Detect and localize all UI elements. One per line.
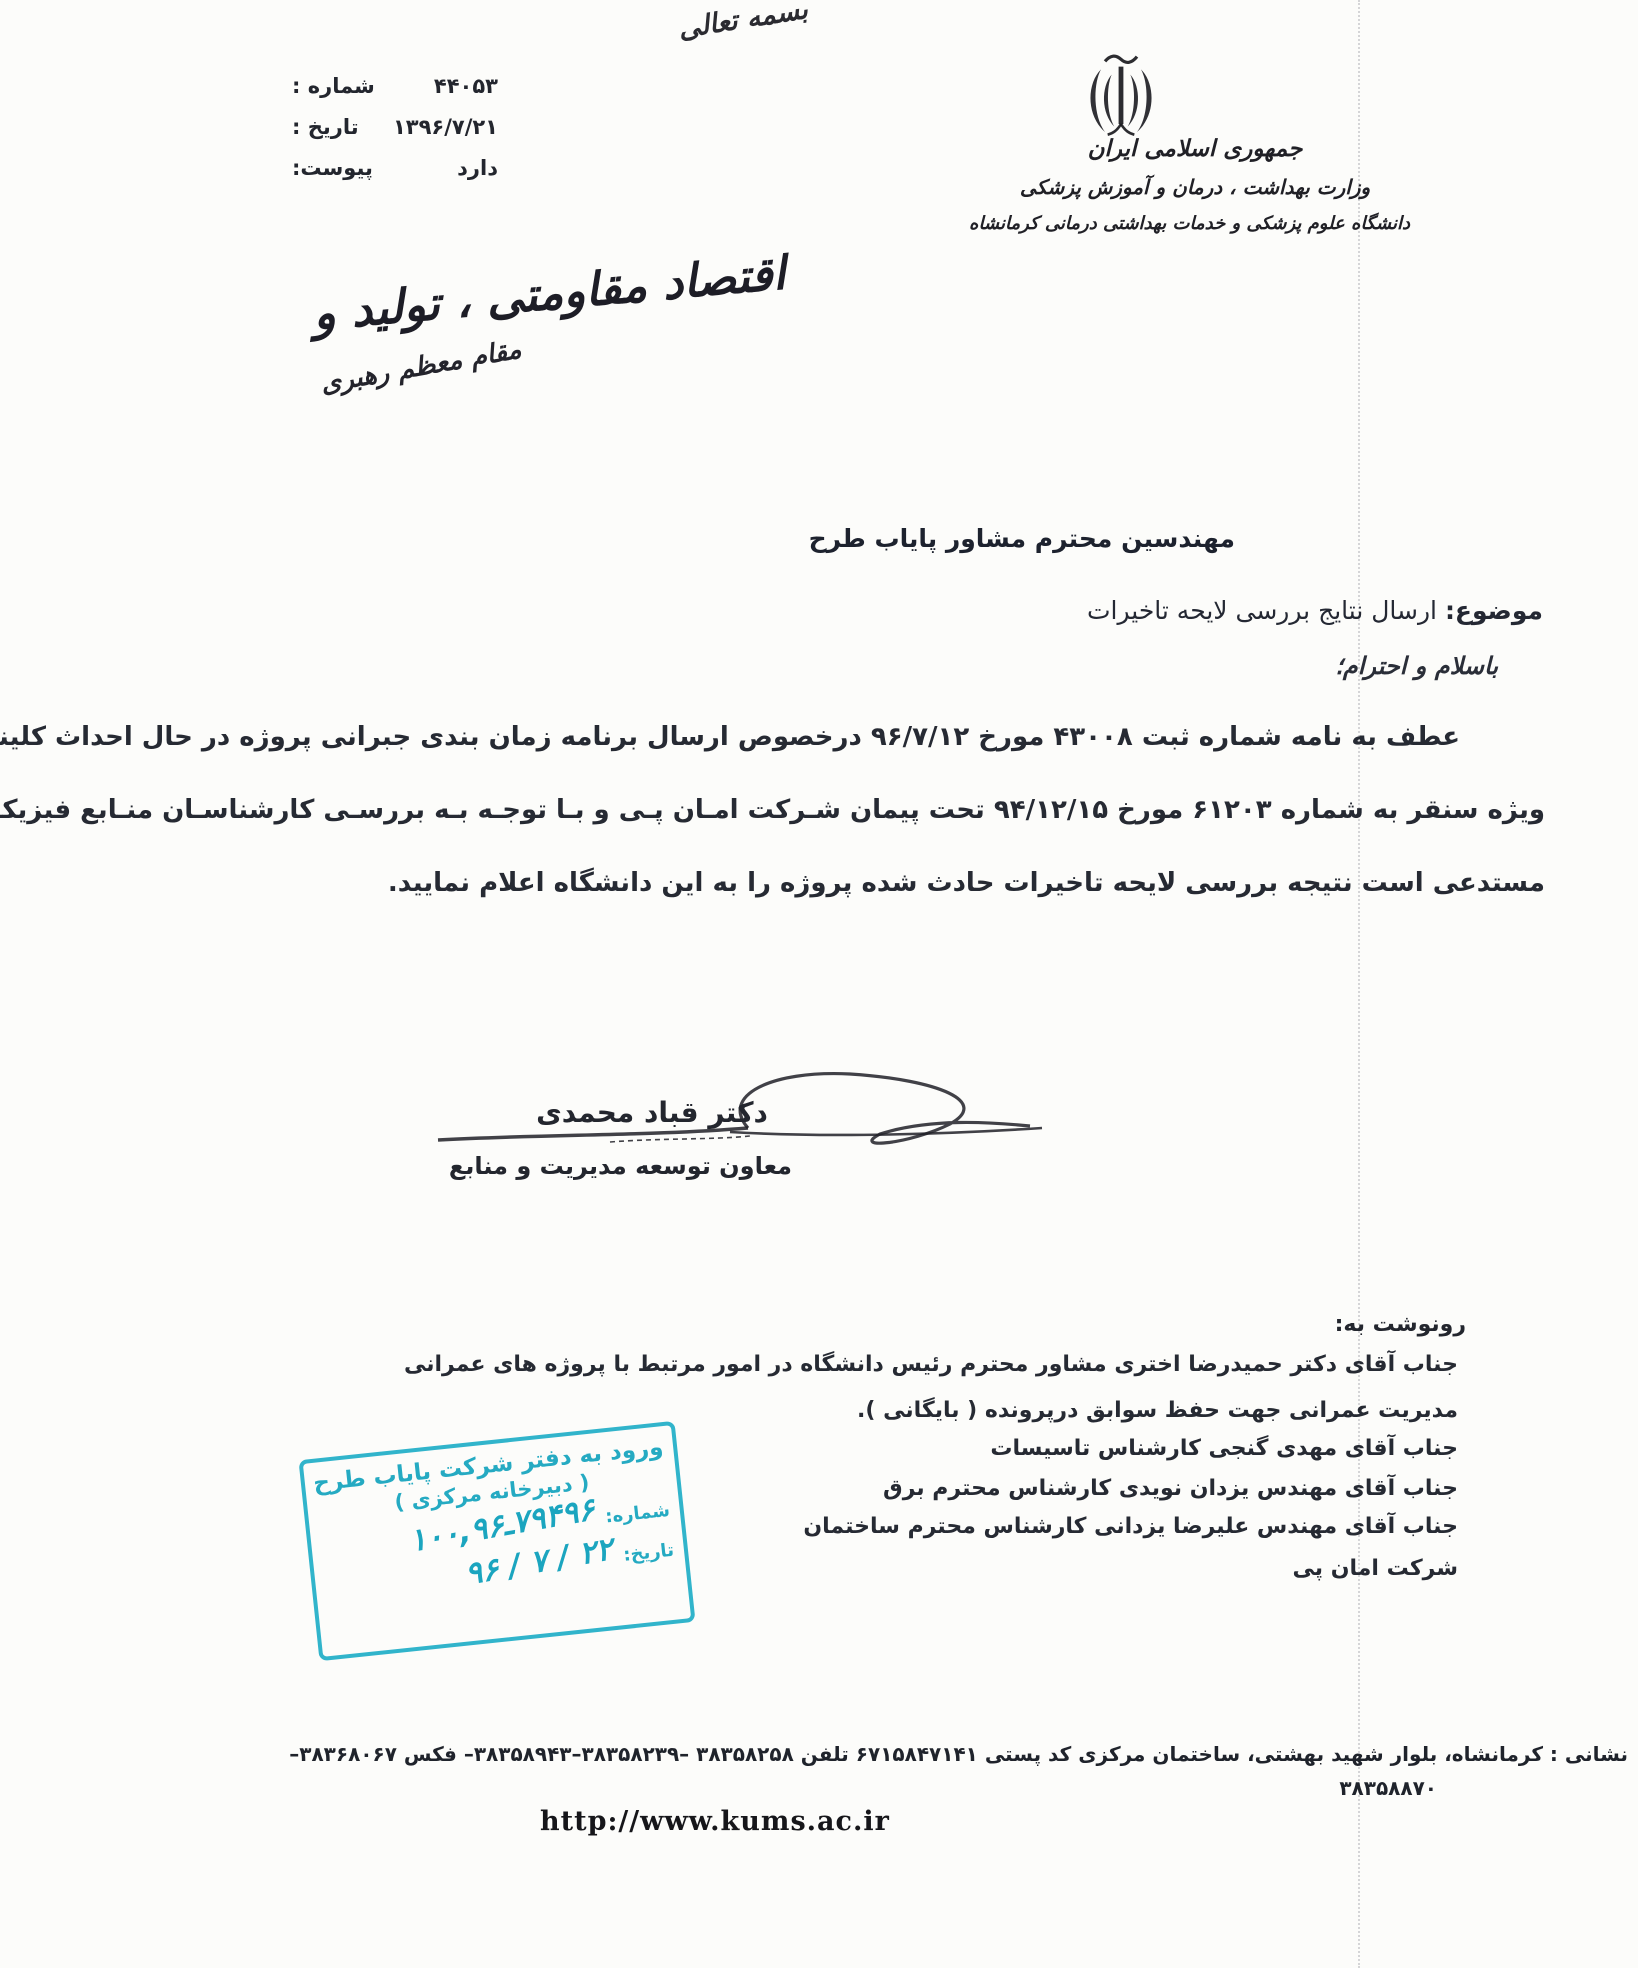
signer-name: دکتر قباد محمدی <box>512 1096 792 1129</box>
meta-number-label: شماره : <box>292 74 375 98</box>
letterhead-block: جمهوری اسلامی ایران وزارت بهداشت ، درمان… <box>980 136 1410 234</box>
meta-date-label: تاریخ : <box>292 115 359 139</box>
scanned-letter-page: بسمه تعالی شماره : ۴۴۰۵۳ تاریخ : ۱۳۹۶/۷/… <box>0 0 1638 1968</box>
cc-item: شرکت امان پی <box>1293 1556 1458 1581</box>
slogan-attribution: مقام معظم رهبری <box>295 331 546 404</box>
cc-item: مدیریت عمرانی جهت حفظ سوابق درپرونده ( ب… <box>857 1398 1458 1423</box>
meta-number-row: شماره : ۴۴۰۵۳ <box>292 74 498 98</box>
letterhead-country: جمهوری اسلامی ایران <box>980 136 1410 162</box>
addressee-line: مهندسین محترم مشاور پایاب طرح <box>809 524 1235 553</box>
entry-stamp: ورود به دفتر شرکت پایاب طرح ( دبیرخانه م… <box>298 1421 695 1661</box>
meta-date-row: تاریخ : ۱۳۹۶/۷/۲۱ <box>292 115 498 139</box>
footer-phone-continuation: ۳۸۳۵۸۸۷۰ <box>1339 1776 1437 1800</box>
body-paragraph-line-2: ویژه سنقر به شماره ۶۱۲۰۳ مورخ ۹۴/۱۲/۱۵ ت… <box>0 795 1545 825</box>
meta-attachment-value: دارد <box>457 156 498 180</box>
subject-text: ارسال نتایج بررسی لایحه تاخیرات <box>1087 596 1437 625</box>
cc-item: جناب آقای دکتر حمیدرضا اختری مشاور محترم… <box>404 1352 1458 1377</box>
body-paragraph-line-3: مستدعی است نتیجه بررسی لایحه تاخیرات حاد… <box>388 868 1545 898</box>
letterhead-university: دانشگاه علوم پزشکی و خدمات بهداشتی درمان… <box>980 213 1410 234</box>
signer-title: معاون توسعه مدیریت و منابع <box>462 1152 792 1180</box>
year-slogan-calligraphy: اقتصاد مقاومتی ، تولید و <box>315 246 788 341</box>
letterhead-ministry: وزارت بهداشت ، درمان و آموزش پزشکی <box>980 175 1410 199</box>
website-url: http://www.kums.ac.ir <box>540 1806 880 1837</box>
meta-number-value: ۴۴۰۵۳ <box>434 74 498 98</box>
greeting-line: باسلام و احترام؛ <box>1335 652 1498 680</box>
letter-meta-block: شماره : ۴۴۰۵۳ تاریخ : ۱۳۹۶/۷/۲۱ پیوست: د… <box>292 74 498 197</box>
stamp-number-label: شماره: <box>603 1490 671 1528</box>
meta-attachment-label: پیوست: <box>292 156 373 180</box>
stamp-date-label: تاریخ: <box>621 1530 675 1566</box>
meta-date-value: ۱۳۹۶/۷/۲۱ <box>393 115 498 139</box>
footer-address-line: نشانی : کرمانشاه، بلوار شهید بهشتی، ساخت… <box>289 1742 1628 1766</box>
iran-emblem-icon <box>1076 52 1166 140</box>
besmellah-calligraphy: بسمه تعالی <box>647 0 840 50</box>
cc-heading: رونوشت به: <box>1335 1312 1466 1337</box>
subject-label: موضوع: <box>1445 596 1543 625</box>
scan-fold-line <box>1358 0 1360 1968</box>
cc-item: جناب آقای مهندس علیرضا یزدانی کارشناس مح… <box>803 1514 1458 1539</box>
cc-item: جناب آقای مهدی گنجی کارشناس تاسیسات <box>990 1436 1458 1461</box>
cc-item: جناب آقای مهندس یزدان نویدی کارشناس محتر… <box>883 1476 1458 1501</box>
body-paragraph-line-1: عطف به نامه شماره ثبت ۴۳۰۰۸ مورخ ۹۶/۷/۱۲… <box>0 722 1460 752</box>
meta-attachment-row: پیوست: دارد <box>292 156 498 180</box>
subject-line: موضوع: ارسال نتایج بررسی لایحه تاخیرات <box>1087 596 1543 625</box>
